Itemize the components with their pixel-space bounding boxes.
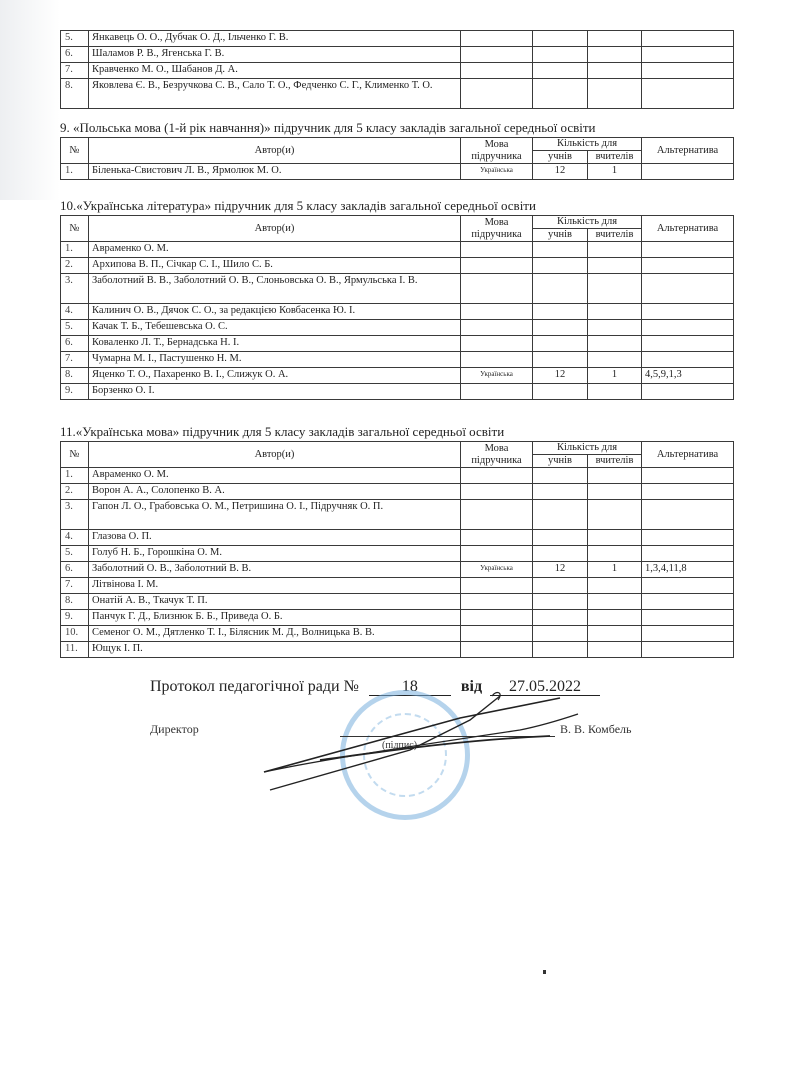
row-teachers-count — [588, 500, 642, 530]
row-teachers-count — [588, 546, 642, 562]
header-alt: Альтернатива — [642, 216, 734, 242]
row-language — [461, 642, 533, 658]
header-teachers: вчителів — [588, 229, 642, 242]
row-students-count — [533, 642, 588, 658]
row-alternative — [642, 546, 734, 562]
row-number: 4. — [61, 530, 89, 546]
row-teachers-count — [588, 530, 642, 546]
row-teachers-count — [588, 258, 642, 274]
table-row: 8.Яковлева Є. В., Безручкова С. В., Сало… — [61, 79, 734, 109]
row-teachers-count — [588, 484, 642, 500]
row-language: Українська — [461, 562, 533, 578]
row-students-count — [533, 594, 588, 610]
row-students-count — [533, 258, 588, 274]
row-number: 8. — [61, 368, 89, 384]
row-students-count — [533, 352, 588, 368]
row-language — [461, 320, 533, 336]
row-students-count — [533, 546, 588, 562]
row-author: Голуб Н. Б., Горошкіна О. М. — [89, 546, 461, 562]
row-author: Літвінова І. М. — [89, 578, 461, 594]
row-students-count — [533, 530, 588, 546]
row-number: 3. — [61, 274, 89, 304]
table-row: 7.Чумарна М. І., Пастушенко Н. М. — [61, 352, 734, 368]
row-alternative — [642, 304, 734, 320]
header-num: № — [61, 216, 89, 242]
header-teachers: вчителів — [588, 455, 642, 468]
table-row: 9.Панчук Г. Д., Близнюк Б. Б., Приведа О… — [61, 610, 734, 626]
row-language — [461, 63, 533, 79]
row-alternative — [642, 352, 734, 368]
row-author: Заболотний В. В., Заболотний О. В., Слон… — [89, 274, 461, 304]
row-language — [461, 610, 533, 626]
row-number: 1. — [61, 242, 89, 258]
row-number: 8. — [61, 594, 89, 610]
section-11-title: 11.«Українська мова» підручник для 5 кла… — [60, 424, 504, 440]
row-author: Біленька-Свистович Л. В., Ярмолюк М. О. — [89, 164, 461, 180]
row-students-count: 12 — [533, 368, 588, 384]
row-students-count — [533, 336, 588, 352]
table-row: 9.Борзенко О. І. — [61, 384, 734, 400]
table-row: 7.Кравченко М. О., Шабанов Д. А. — [61, 63, 734, 79]
table-row: 3.Гапон Л. О., Грабовська О. М., Петриши… — [61, 500, 734, 530]
row-number: 5. — [61, 546, 89, 562]
row-teachers-count: 1 — [588, 562, 642, 578]
row-language — [461, 626, 533, 642]
row-teachers-count — [588, 352, 642, 368]
row-number: 1. — [61, 164, 89, 180]
row-number: 4. — [61, 304, 89, 320]
row-author: Кравченко М. О., Шабанов Д. А. — [89, 63, 461, 79]
row-number: 7. — [61, 578, 89, 594]
row-author: Глазова О. П. — [89, 530, 461, 546]
table-row: 1.Авраменко О. М. — [61, 468, 734, 484]
row-students-count — [533, 610, 588, 626]
row-language — [461, 304, 533, 320]
table-row: 2.Архипова В. П., Січкар С. І., Шило С. … — [61, 258, 734, 274]
row-number: 10. — [61, 626, 89, 642]
table-row: 11.Ющук І. П. — [61, 642, 734, 658]
header-author: Автор(и) — [89, 216, 461, 242]
row-teachers-count — [588, 79, 642, 109]
row-language — [461, 258, 533, 274]
header-author: Автор(и) — [89, 138, 461, 164]
row-students-count — [533, 31, 588, 47]
row-author: Борзенко О. І. — [89, 384, 461, 400]
row-teachers-count — [588, 336, 642, 352]
row-language — [461, 594, 533, 610]
row-alternative — [642, 578, 734, 594]
row-language — [461, 242, 533, 258]
table-row: 6.Заболотний О. В., Заболотний В. В.Укра… — [61, 562, 734, 578]
row-number: 8. — [61, 79, 89, 109]
row-author: Авраменко О. М. — [89, 242, 461, 258]
table-row: 4.Глазова О. П. — [61, 530, 734, 546]
row-students-count — [533, 468, 588, 484]
row-students-count — [533, 63, 588, 79]
table-row: 4.Калинич О. В., Дячок С. О., за редакці… — [61, 304, 734, 320]
header-count: Кількість для — [533, 216, 642, 229]
table-row: 10.Семеног О. М., Дятленко Т. І., Білясн… — [61, 626, 734, 642]
header-students: учнів — [533, 151, 588, 164]
row-number: 1. — [61, 468, 89, 484]
table-section-8-tail: 5.Янкавець О. О., Дубчак О. Д., Ільченко… — [60, 30, 734, 109]
row-alternative — [642, 63, 734, 79]
row-students-count — [533, 484, 588, 500]
row-alternative — [642, 164, 734, 180]
row-language — [461, 274, 533, 304]
row-author: Заболотний О. В., Заболотний В. В. — [89, 562, 461, 578]
row-students-count — [533, 626, 588, 642]
section-10-title: 10.«Українська література» підручник для… — [60, 198, 536, 214]
row-number: 5. — [61, 320, 89, 336]
row-alternative — [642, 594, 734, 610]
table-row: 6.Коваленко Л. Т., Бернадська Н. І. — [61, 336, 734, 352]
table-row: 5.Качак Т. Б., Тебешевська О. С. — [61, 320, 734, 336]
row-author: Чумарна М. І., Пастушенко Н. М. — [89, 352, 461, 368]
row-teachers-count — [588, 47, 642, 63]
row-number: 9. — [61, 610, 89, 626]
row-language — [461, 578, 533, 594]
row-students-count — [533, 274, 588, 304]
row-number: 6. — [61, 336, 89, 352]
row-students-count — [533, 304, 588, 320]
row-author: Семеног О. М., Дятленко Т. І., Білясник … — [89, 626, 461, 642]
row-language — [461, 79, 533, 109]
header-alt: Альтернатива — [642, 138, 734, 164]
row-students-count: 12 — [533, 164, 588, 180]
row-alternative — [642, 242, 734, 258]
row-language — [461, 352, 533, 368]
header-alt: Альтернатива — [642, 442, 734, 468]
row-alternative — [642, 320, 734, 336]
row-number: 3. — [61, 500, 89, 530]
header-teachers: вчителів — [588, 151, 642, 164]
header-count: Кількість для — [533, 138, 642, 151]
table-row: 6.Шаламов Р. В., Ягенська Г. В. — [61, 47, 734, 63]
row-teachers-count — [588, 304, 642, 320]
table-section-10: № Автор(и) Мова підручника Кількість для… — [60, 215, 734, 400]
row-language — [461, 530, 533, 546]
row-language — [461, 47, 533, 63]
table-row: 1.Авраменко О. М. — [61, 242, 734, 258]
row-alternative — [642, 500, 734, 530]
row-author: Ющук І. П. — [89, 642, 461, 658]
row-alternative — [642, 336, 734, 352]
row-alternative — [642, 47, 734, 63]
table-row: 3.Заболотний В. В., Заболотний О. В., Сл… — [61, 274, 734, 304]
table-row: 5.Голуб Н. Б., Горошкіна О. М. — [61, 546, 734, 562]
row-language — [461, 336, 533, 352]
row-teachers-count — [588, 320, 642, 336]
table-row: 8.Онатій А. В., Ткачук Т. П. — [61, 594, 734, 610]
row-language — [461, 484, 533, 500]
row-alternative — [642, 610, 734, 626]
row-author: Ворон А. А., Солопенко В. А. — [89, 484, 461, 500]
row-students-count — [533, 500, 588, 530]
scan-shadow — [0, 0, 60, 200]
row-author: Архипова В. П., Січкар С. І., Шило С. Б. — [89, 258, 461, 274]
row-number: 6. — [61, 47, 89, 63]
row-author: Яценко Т. О., Пахаренко В. І., Слижук О.… — [89, 368, 461, 384]
row-author: Качак Т. Б., Тебешевська О. С. — [89, 320, 461, 336]
row-alternative: 1,3,4,11,8 — [642, 562, 734, 578]
row-language: Українська — [461, 368, 533, 384]
row-alternative — [642, 274, 734, 304]
header-lang: Мова підручника — [461, 216, 533, 242]
header-students: учнів — [533, 229, 588, 242]
row-alternative — [642, 258, 734, 274]
row-teachers-count — [588, 468, 642, 484]
row-author: Шаламов Р. В., Ягенська Г. В. — [89, 47, 461, 63]
row-language — [461, 500, 533, 530]
row-teachers-count: 1 — [588, 368, 642, 384]
row-teachers-count — [588, 31, 642, 47]
row-teachers-count — [588, 594, 642, 610]
table-row: 2.Ворон А. А., Солопенко В. А. — [61, 484, 734, 500]
row-author: Калинич О. В., Дячок С. О., за редакцією… — [89, 304, 461, 320]
row-students-count: 12 — [533, 562, 588, 578]
row-students-count — [533, 384, 588, 400]
table-section-11: № Автор(и) Мова підручника Кількість для… — [60, 441, 734, 658]
row-teachers-count — [588, 242, 642, 258]
row-alternative — [642, 626, 734, 642]
row-teachers-count — [588, 384, 642, 400]
row-alternative — [642, 484, 734, 500]
header-num: № — [61, 442, 89, 468]
row-alternative — [642, 642, 734, 658]
header-lang: Мова підручника — [461, 442, 533, 468]
row-number: 2. — [61, 484, 89, 500]
row-language — [461, 468, 533, 484]
row-teachers-count — [588, 63, 642, 79]
header-author: Автор(и) — [89, 442, 461, 468]
row-number: 7. — [61, 63, 89, 79]
row-alternative: 4,5,9,1,3 — [642, 368, 734, 384]
row-teachers-count: 1 — [588, 164, 642, 180]
row-author: Гапон Л. О., Грабовська О. М., Петришина… — [89, 500, 461, 530]
row-author: Янкавець О. О., Дубчак О. Д., Ільченко Г… — [89, 31, 461, 47]
row-author: Авраменко О. М. — [89, 468, 461, 484]
table-row: 7.Літвінова І. М. — [61, 578, 734, 594]
row-language — [461, 546, 533, 562]
row-teachers-count — [588, 642, 642, 658]
row-alternative — [642, 384, 734, 400]
table-row: 1.Біленька-Свистович Л. В., Ярмолюк М. О… — [61, 164, 734, 180]
row-alternative — [642, 468, 734, 484]
handwritten-signature — [260, 690, 580, 810]
header-students: учнів — [533, 455, 588, 468]
scan-speck — [543, 970, 546, 974]
row-teachers-count — [588, 578, 642, 594]
director-label: Директор — [150, 722, 199, 737]
row-number: 2. — [61, 258, 89, 274]
row-students-count — [533, 47, 588, 63]
section-9-title: 9. «Польська мова (1-й рік навчання)» пі… — [60, 120, 596, 136]
table-section-9: № Автор(и) Мова підручника Кількість для… — [60, 137, 734, 180]
row-teachers-count — [588, 626, 642, 642]
row-language — [461, 384, 533, 400]
row-language — [461, 31, 533, 47]
row-number: 6. — [61, 562, 89, 578]
row-number: 11. — [61, 642, 89, 658]
row-author: Панчук Г. Д., Близнюк Б. Б., Приведа О. … — [89, 610, 461, 626]
row-number: 9. — [61, 384, 89, 400]
row-students-count — [533, 242, 588, 258]
row-students-count — [533, 320, 588, 336]
header-count: Кількість для — [533, 442, 642, 455]
header-num: № — [61, 138, 89, 164]
row-number: 7. — [61, 352, 89, 368]
row-alternative — [642, 530, 734, 546]
row-teachers-count — [588, 610, 642, 626]
row-author: Коваленко Л. Т., Бернадська Н. І. — [89, 336, 461, 352]
row-number: 5. — [61, 31, 89, 47]
row-teachers-count — [588, 274, 642, 304]
row-alternative — [642, 79, 734, 109]
header-lang: Мова підручника — [461, 138, 533, 164]
row-author: Онатій А. В., Ткачук Т. П. — [89, 594, 461, 610]
table-row: 8.Яценко Т. О., Пахаренко В. І., Слижук … — [61, 368, 734, 384]
row-students-count — [533, 79, 588, 109]
row-students-count — [533, 578, 588, 594]
row-language: Українська — [461, 164, 533, 180]
row-author: Яковлева Є. В., Безручкова С. В., Сало Т… — [89, 79, 461, 109]
row-alternative — [642, 31, 734, 47]
table-row: 5.Янкавець О. О., Дубчак О. Д., Ільченко… — [61, 31, 734, 47]
